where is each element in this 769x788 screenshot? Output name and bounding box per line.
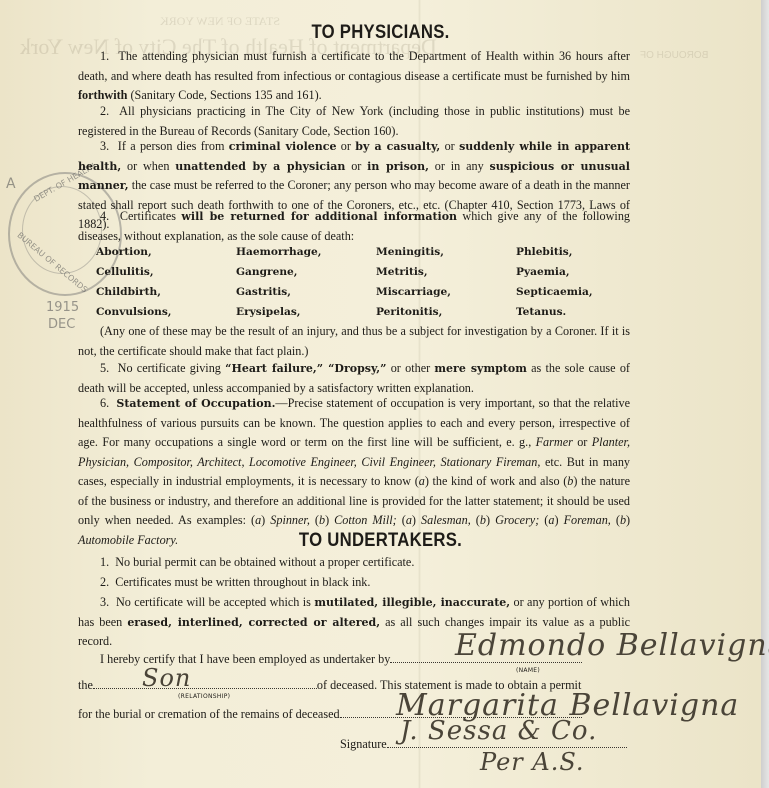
item-number: 4. xyxy=(100,209,109,223)
item-text: ( xyxy=(471,513,480,527)
deceased-label: for the burial or cremation of the remai… xyxy=(78,707,340,721)
handwritten-relationship: Son xyxy=(142,664,191,692)
handwritten-signature-per: Per A.S. xyxy=(480,748,585,776)
italic: Grocery; xyxy=(495,513,539,527)
undertakers-heading: TO UNDERTAKERS. xyxy=(46,530,716,552)
disease-item: Cellulitis, xyxy=(96,264,236,281)
item-number: 1. xyxy=(100,49,109,63)
disease-item: Convulsions, xyxy=(96,304,236,321)
item-text: All physicians practicing in The City of… xyxy=(78,104,630,138)
name-sublabel: (NAME) xyxy=(516,667,540,674)
item-text: (Sanitary Code, Sections 135 and 161). xyxy=(127,88,321,102)
physicians-item-6: 6. Statement of Occupation.—Precise stat… xyxy=(78,394,630,550)
disease-item: Gangrene, xyxy=(236,264,376,281)
disease-item: Erysipelas, xyxy=(236,304,376,321)
stamp-month: DEC xyxy=(48,317,75,332)
item-text: or xyxy=(573,435,592,449)
relationship-sublabel: (RELATIONSHIP) xyxy=(178,693,230,700)
handwritten-employer-name: Edmondo Bellavigna xyxy=(455,628,769,663)
item-text: ) xyxy=(325,513,334,527)
item-text: or in any xyxy=(429,159,490,173)
disease-item: Metritis, xyxy=(376,264,516,281)
scan-edge xyxy=(761,0,769,788)
emphasis-forthwith: forthwith xyxy=(78,88,127,102)
item-text: or other xyxy=(386,361,434,375)
item-text: No certificate will be accepted which is xyxy=(116,595,314,609)
item-text: If a person dies from xyxy=(118,139,229,153)
disease-item: Phlebitis, xyxy=(516,244,656,261)
undertakers-item-1: 1. No burial permit can be obtained with… xyxy=(78,553,630,573)
item-text: or when xyxy=(121,159,175,173)
relationship-field[interactable] xyxy=(93,676,317,689)
disease-item: Haemorrhage, xyxy=(236,244,376,261)
item-text: No burial permit can be obtained without… xyxy=(115,555,414,569)
item-number: 1. xyxy=(100,555,109,569)
emphasis: unattended by a physician xyxy=(175,160,345,173)
physicians-item-4-note: (Any one of these may be the result of a… xyxy=(78,322,630,361)
disease-item: Abortion, xyxy=(96,244,236,261)
emphasis: by a casualty, xyxy=(355,140,440,153)
handwritten-signature: J. Sessa & Co. xyxy=(400,716,597,746)
item-number: 3. xyxy=(100,595,109,609)
item-text: Certificates xyxy=(120,209,182,223)
item-text: ) xyxy=(554,513,563,527)
disease-item: Septicaemia, xyxy=(516,284,656,301)
item-text: The attending physician must furnish a c… xyxy=(78,49,630,83)
italic: Foreman, xyxy=(564,513,611,527)
item-text: Certificates must be written throughout … xyxy=(115,575,370,589)
physicians-item-1: 1. The attending physician must furnish … xyxy=(78,47,630,106)
item-text: ) the kind of work and also ( xyxy=(425,474,567,488)
emphasis: will be returned for additional informat… xyxy=(181,210,457,223)
physicians-item-4: 4. Certificates will be returned for add… xyxy=(78,207,630,246)
item-text: No certificate giving xyxy=(118,361,226,375)
physicians-item-2: 2. All physicians practicing in The City… xyxy=(78,102,630,141)
emphasis: erased, interlined, corrected or altered… xyxy=(127,616,380,629)
item-number: 6. xyxy=(100,396,109,410)
item-text: or xyxy=(345,159,367,173)
undertakers-item-2: 2. Certificates must be written througho… xyxy=(78,573,630,593)
emphasis: mere symptom xyxy=(434,362,526,375)
item-text: ) xyxy=(412,513,421,527)
item-text: ( xyxy=(611,513,620,527)
disease-item: Gastritis, xyxy=(236,284,376,301)
item-number: 2. xyxy=(100,104,109,118)
item-number: 2. xyxy=(100,575,109,589)
item-text: ( xyxy=(397,513,406,527)
disease-item: Childbirth, xyxy=(96,284,236,301)
bleed-through-borough: BOROUGH OF xyxy=(640,50,708,61)
item-number: 3. xyxy=(100,139,109,153)
emphasis: criminal violence xyxy=(229,140,337,153)
item-text: ) xyxy=(486,513,495,527)
disease-item: Pyaemia, xyxy=(516,264,656,281)
italic: Cotton Mill; xyxy=(334,513,397,527)
emphasis: mutilated, illegible, inaccurate, xyxy=(314,596,510,609)
emphasis: “Heart failure,” “Dropsy,” xyxy=(225,362,386,375)
italic: Salesman, xyxy=(421,513,471,527)
physicians-item-5: 5. No certificate giving “Heart failure,… xyxy=(78,359,630,398)
item-text: ( xyxy=(310,513,319,527)
item-text: (Any one of these may be the result of a… xyxy=(78,324,630,358)
disease-item: Peritonitis, xyxy=(376,304,516,321)
item-number: 5. xyxy=(100,361,109,375)
disease-item: Tetanus. xyxy=(516,304,656,321)
item-text: ( xyxy=(539,513,548,527)
item-text: or xyxy=(440,139,459,153)
the-label: the xyxy=(78,678,93,692)
item-text: ) xyxy=(626,513,630,527)
stamp-letter: A xyxy=(6,176,16,192)
emphasis: in prison, xyxy=(367,160,429,173)
disease-item: Miscarriage, xyxy=(376,284,516,301)
italic: Spinner, xyxy=(270,513,310,527)
italic: Farmer xyxy=(536,435,573,449)
physicians-heading: TO PHYSICIANS. xyxy=(46,22,716,44)
disease-list: Abortion, Haemorrhage, Meningitis, Phleb… xyxy=(96,244,656,321)
item-text: or xyxy=(336,139,355,153)
stamp-year: 1915 xyxy=(46,300,79,315)
signature-label: Signature xyxy=(340,737,387,751)
emphasis-occupation: Statement of Occupation. xyxy=(116,397,275,410)
item-text: ) xyxy=(261,513,270,527)
disease-item: Meningitis, xyxy=(376,244,516,261)
